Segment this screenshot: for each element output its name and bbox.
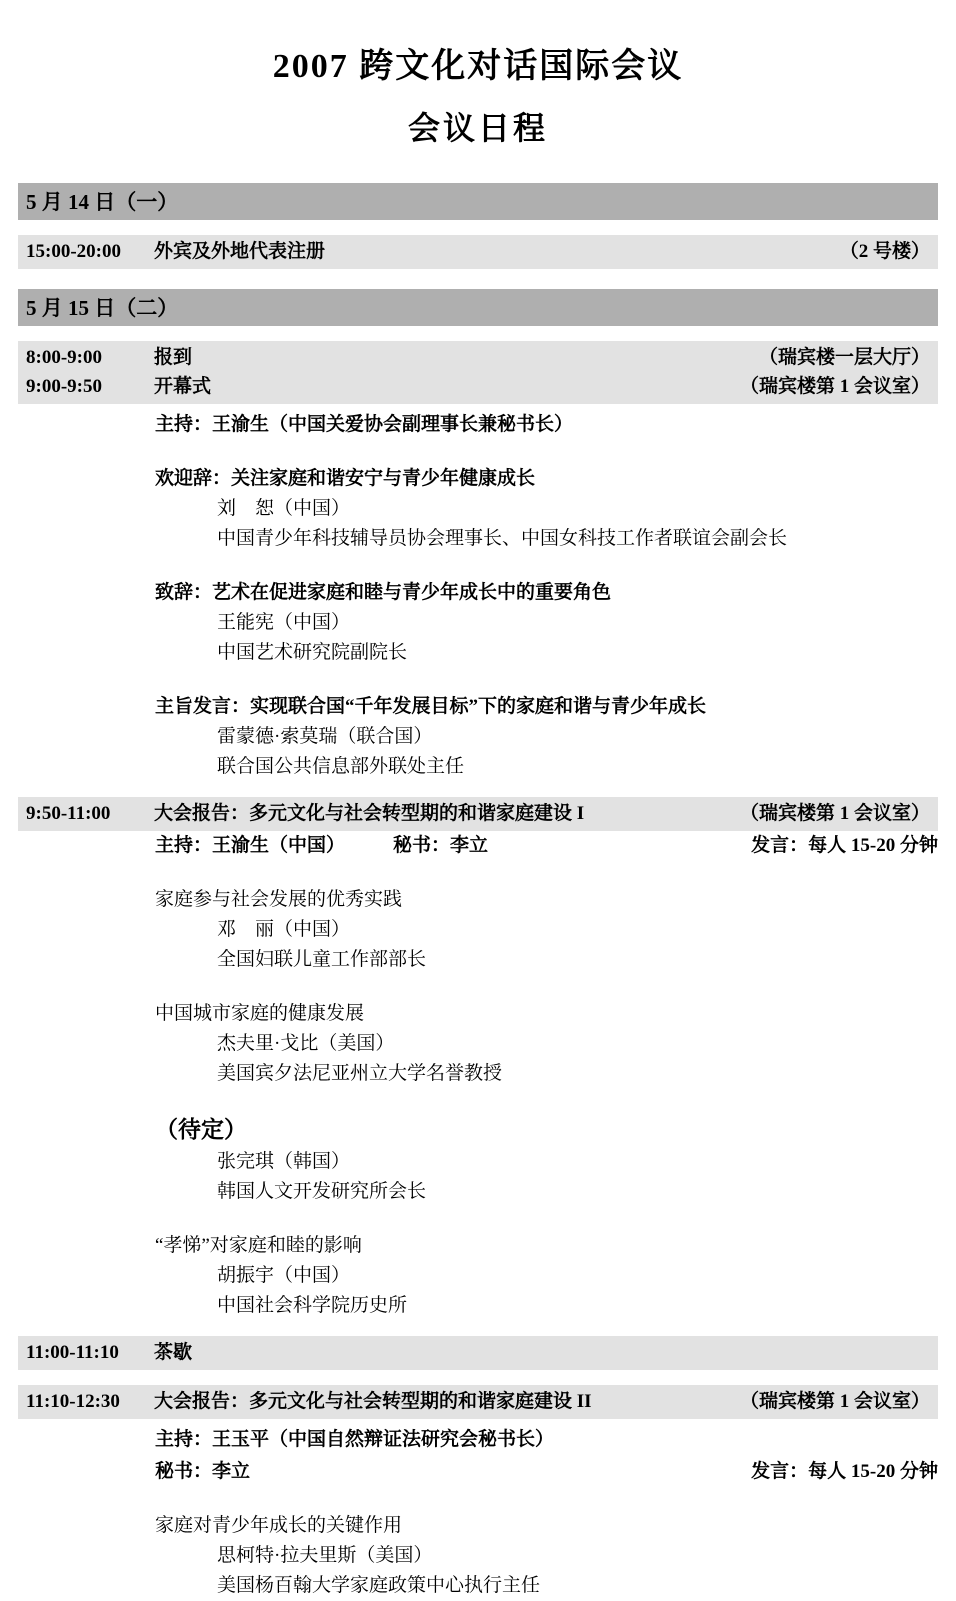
- event-location: （瑞宾楼一层大厅）: [759, 343, 930, 372]
- day2-date-header: 5 月 15 日（二）: [18, 289, 938, 326]
- event-time: 9:00-9:50: [26, 372, 154, 401]
- talk-title: 欢迎辞：关注家庭和谐安宁与青少年健康成长: [155, 464, 938, 494]
- talk-speaker: 刘 恕（中国）: [217, 494, 938, 524]
- talk-title: 家庭参与社会发展的优秀实践: [155, 885, 938, 915]
- session-speech-note: 发言：每人 15-20 分钟: [751, 831, 938, 861]
- session-chair: 主持：王渝生（中国）: [155, 831, 345, 861]
- tea-break-row: 11:00-11:10 茶歇: [18, 1336, 938, 1370]
- event-row-session2: 11:10-12:30 大会报告：多元文化与社会转型期的和谐家庭建设 II （瑞…: [26, 1387, 930, 1416]
- event-row-checkin: 8:00-9:00 报到 （瑞宾楼一层大厅）: [26, 343, 930, 372]
- talk-block: 中国城市家庭的健康发展 杰夫里·戈比（美国） 美国宾夕法尼亚州立大学名誉教授: [155, 999, 938, 1089]
- talk-block: “孝悌”对家庭和睦的影响 胡振宇（中国） 中国社会科学院历史所: [155, 1231, 938, 1321]
- talk-speaker: 雷蒙德·索莫瑞（联合国）: [217, 722, 938, 752]
- conference-schedule-page: 2007 跨文化对话国际会议 会议日程 5 月 14 日（一） 15:00-20…: [0, 38, 956, 1601]
- day2-morning-events: 8:00-9:00 报到 （瑞宾楼一层大厅） 9:00-9:50 开幕式 （瑞宾…: [18, 341, 938, 404]
- event-location: （瑞宾楼第 1 会议室）: [740, 799, 930, 828]
- talk-title: 主旨发言：实现联合国“千年发展目标”下的家庭和谐与青少年成长: [155, 692, 938, 722]
- event-location: （2 号楼）: [840, 237, 930, 266]
- talk-affiliation: 美国宾夕法尼亚州立大学名誉教授: [217, 1059, 938, 1089]
- event-title: 茶歇: [154, 1338, 930, 1367]
- session1-meta-line: 主持：王渝生（中国） 秘书：李立 发言：每人 15-20 分钟: [155, 831, 938, 861]
- session-secretary: 秘书：李立: [393, 831, 488, 861]
- event-row-session1: 9:50-11:00 大会报告：多元文化与社会转型期的和谐家庭建设 I （瑞宾楼…: [26, 799, 930, 828]
- event-time: 9:50-11:00: [26, 799, 154, 828]
- talk-affiliation: 韩国人文开发研究所会长: [217, 1177, 938, 1207]
- event-location: （瑞宾楼第 1 会议室）: [740, 372, 930, 401]
- talk-speaker: 王能宪（中国）: [217, 608, 938, 638]
- talk-affiliation: 美国杨百翰大学家庭政策中心执行主任: [217, 1571, 938, 1601]
- page-title: 2007 跨文化对话国际会议: [18, 38, 938, 87]
- event-row-tea-break: 11:00-11:10 茶歇: [26, 1338, 930, 1367]
- talk-block: 家庭对青少年成长的关键作用 思柯特·拉夫里斯（美国） 美国杨百翰大学家庭政策中心…: [155, 1511, 938, 1601]
- keynote-speech-block: 主旨发言：实现联合国“千年发展目标”下的家庭和谐与青少年成长 雷蒙德·索莫瑞（联…: [155, 692, 938, 782]
- talk-title: 家庭对青少年成长的关键作用: [155, 1511, 938, 1541]
- talk-speaker: 张完琪（韩国）: [217, 1147, 938, 1177]
- event-title: 开幕式: [154, 372, 740, 401]
- talk-title-tbd: （待定）: [155, 1113, 938, 1147]
- event-row-registration-day1: 15:00-20:00 外宾及外地代表注册 （2 号楼）: [26, 237, 930, 266]
- talk-speaker: 胡振宇（中国）: [217, 1261, 938, 1291]
- event-time: 11:00-11:10: [26, 1338, 154, 1367]
- event-row-opening-ceremony: 9:00-9:50 开幕式 （瑞宾楼第 1 会议室）: [26, 372, 930, 401]
- talk-affiliation: 中国青少年科技辅导员协会理事长、中国女科技工作者联谊会副会长: [217, 524, 938, 554]
- session2-meta-line: 秘书：李立 发言：每人 15-20 分钟: [155, 1457, 938, 1487]
- session-secretary: 秘书：李立: [155, 1457, 250, 1487]
- event-title: 外宾及外地代表注册: [154, 237, 840, 266]
- event-time: 11:10-12:30: [26, 1387, 154, 1416]
- talk-affiliation: 全国妇联儿童工作部部长: [217, 945, 938, 975]
- talk-affiliation: 中国艺术研究院副院长: [217, 638, 938, 668]
- talk-affiliation: 中国社会科学院历史所: [217, 1291, 938, 1321]
- event-location: （瑞宾楼第 1 会议室）: [740, 1387, 930, 1416]
- talk-title: 致辞：艺术在促进家庭和睦与青少年成长中的重要角色: [155, 578, 938, 608]
- talk-block-tbd: （待定） 张完琪（韩国） 韩国人文开发研究所会长: [155, 1113, 938, 1207]
- event-title: 大会报告：多元文化与社会转型期的和谐家庭建设 I: [154, 799, 740, 828]
- talk-block: 家庭参与社会发展的优秀实践 邓 丽（中国） 全国妇联儿童工作部部长: [155, 885, 938, 975]
- talk-title: “孝悌”对家庭和睦的影响: [155, 1231, 938, 1261]
- session-speech-note: 发言：每人 15-20 分钟: [751, 1457, 938, 1487]
- talk-title: 中国城市家庭的健康发展: [155, 999, 938, 1029]
- day1-date-header: 5 月 14 日（一）: [18, 183, 938, 220]
- event-time: 8:00-9:00: [26, 343, 154, 372]
- page-subtitle: 会议日程: [18, 103, 938, 149]
- event-title: 报到: [154, 343, 759, 372]
- talk-speaker: 杰夫里·戈比（美国）: [217, 1029, 938, 1059]
- address-speech-block: 致辞：艺术在促进家庭和睦与青少年成长中的重要角色 王能宪（中国） 中国艺术研究院…: [155, 578, 938, 668]
- session2-header: 11:10-12:30 大会报告：多元文化与社会转型期的和谐家庭建设 II （瑞…: [18, 1385, 938, 1419]
- event-time: 15:00-20:00: [26, 237, 154, 266]
- session1-header: 9:50-11:00 大会报告：多元文化与社会转型期的和谐家庭建设 I （瑞宾楼…: [18, 797, 938, 831]
- opening-chair-line: 主持：王渝生（中国关爱协会副理事长兼秘书长）: [155, 410, 938, 440]
- talk-speaker: 邓 丽（中国）: [217, 915, 938, 945]
- talk-speaker: 思柯特·拉夫里斯（美国）: [217, 1541, 938, 1571]
- day1-events: 15:00-20:00 外宾及外地代表注册 （2 号楼）: [18, 235, 938, 269]
- session2-chair-line: 主持：王玉平（中国自然辩证法研究会秘书长）: [155, 1425, 938, 1455]
- welcome-speech-block: 欢迎辞：关注家庭和谐安宁与青少年健康成长 刘 恕（中国） 中国青少年科技辅导员协…: [155, 464, 938, 554]
- talk-affiliation: 联合国公共信息部外联处主任: [217, 752, 938, 782]
- event-title: 大会报告：多元文化与社会转型期的和谐家庭建设 II: [154, 1387, 740, 1416]
